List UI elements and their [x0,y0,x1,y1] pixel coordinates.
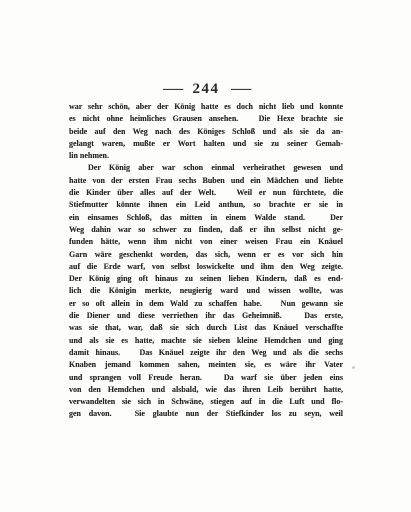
text-line: die Diener und diese verriethen ihr das … [69,310,343,322]
text-line: funden hätte, wenn ihm nicht von einer w… [69,236,343,248]
text-line: Weg dahin war so schwer zu finden, daß e… [69,224,343,236]
text-line: die Kinder über alles auf der Welt. Weil… [69,187,343,199]
book-page-scan: — 244 — war sehr schön, aber der König h… [0,0,411,512]
paragraph: Der König aber war schon einmal verheira… [69,162,343,420]
text-line: Garn wäre geschenkt worden, das sich, we… [69,249,343,261]
text-line: verwandelten sie sich in Schwäne, stiege… [69,396,343,408]
text-line: lich die Königin merkte, neugierig ward … [69,285,343,297]
text-line: er so oft allein in dem Wald zu schaffen… [69,298,343,310]
text-line: Der König ging oft hinaus zu seinen lieb… [69,273,343,285]
text-line: auf die Erde warf, von selbst loswickelt… [69,261,343,273]
page-header: — 244 — [69,79,343,99]
text-line: hatte von der ersten Frau sechs Buben un… [69,175,343,187]
text-line: was sie that, war, daß sie sich durch Li… [69,322,343,334]
page-number: 244 [193,81,220,98]
text-line: damit hinaus. Das Knäuel zeigte ihr den … [69,347,343,359]
text-line: Stiefmutter könnte ihnen ein Leid anthun… [69,199,343,211]
text-line: lin nehmen. [69,150,343,162]
text-line: gen davon. Sie glaubte nun der Stiefkind… [69,408,343,420]
text-line: Der König aber war schon einmal verheira… [69,162,343,174]
text-line: und sprangen voll Freude heran. Da warf … [69,372,343,384]
header-dash-left: — [163,80,182,98]
text-line: es nicht ohne heimliches Grausen ansehen… [69,113,343,125]
paragraph: war sehr schön, aber der König hatte es … [69,101,343,162]
scan-artifact-speck [352,366,355,369]
text-line: war sehr schön, aber der König hatte es … [69,101,343,113]
text-line: von den Hemdchen und alsbald, wie das ih… [69,384,343,396]
text-block: war sehr schön, aber der König hatte es … [69,101,343,421]
text-line: Knaben jemand kommen sahen, meinten sie,… [69,359,343,371]
text-line: beide auf den Weg nach des Königes Schlo… [69,126,343,138]
text-line: und als sie es hatte, machte sie sieben … [69,335,343,347]
text-line: gelangt waren, mußte er Wort halten und … [69,138,343,150]
header-dash-right: — [231,80,250,98]
text-line: ein einsames Schloß, das mitten in einem… [69,212,343,224]
